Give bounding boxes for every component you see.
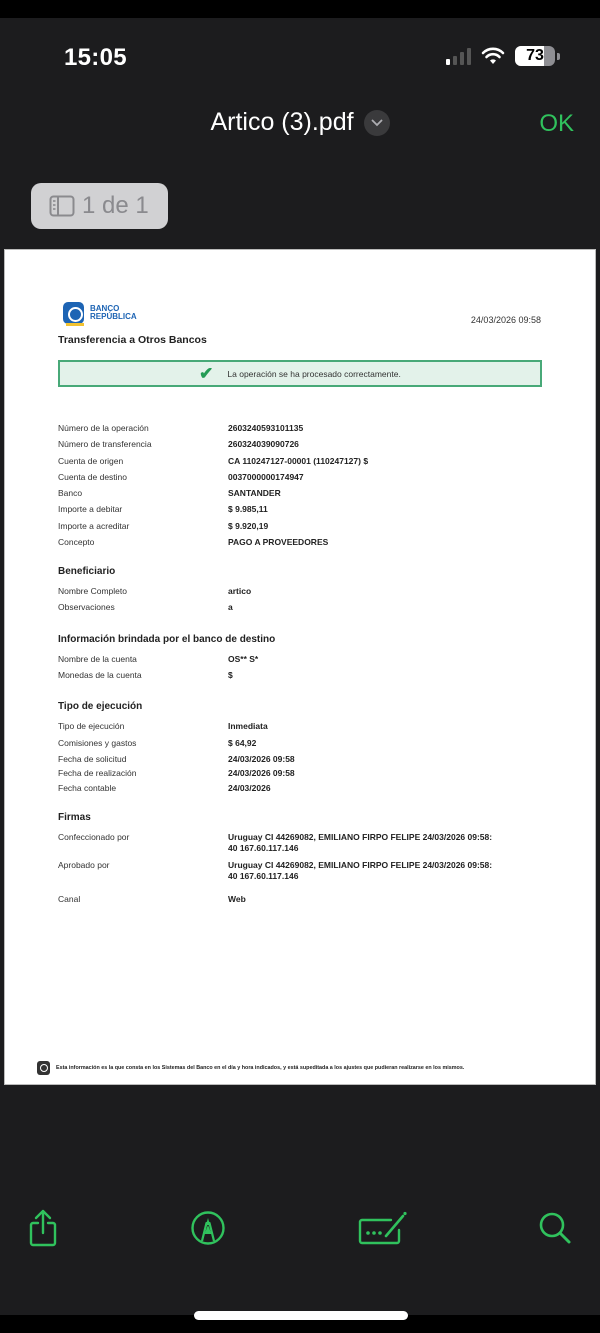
detail-value: 2603240593101135 [228, 423, 303, 434]
detail-label: Nombre Completo [58, 586, 228, 596]
detail-value: CA 110247127-00001 (110247127) $ [228, 456, 368, 467]
page-indicator-button[interactable]: 1 de 1 [31, 183, 168, 229]
detail-value: artico [228, 586, 251, 597]
success-banner: ✔ La operación se ha procesado correctam… [58, 360, 542, 387]
detail-value: $ 64,92 [228, 738, 256, 749]
document-title: Artico (3).pdf [210, 108, 353, 137]
sidebar-icon [49, 195, 75, 217]
bank-logo: BANCO REPÚBLICA [63, 302, 137, 324]
info-destino-section: Información brindada por el banco de des… [58, 634, 558, 687]
detail-row: CanalWeb [58, 894, 558, 910]
fill-and-sign-button[interactable] [358, 1208, 408, 1248]
section-heading: Información brindada por el banco de des… [58, 634, 558, 645]
section-heading: Beneficiario [58, 566, 558, 577]
battery-percent: 73 [526, 47, 544, 65]
detail-label: Fecha de realización [58, 768, 228, 778]
ejecucion-section: Tipo de ejecución Tipo de ejecuciónInmed… [58, 701, 558, 799]
status-icons: 73 [446, 46, 560, 66]
cellular-signal-icon [446, 48, 471, 65]
section-heading: Tipo de ejecución [58, 701, 558, 712]
detail-value: Uruguay CI 44269082, EMILIANO FIRPO FELI… [228, 860, 492, 882]
detail-row: Importe a debitar$ 9.985,11 [58, 504, 558, 520]
document-title-menu[interactable]: Artico (3).pdf [0, 108, 600, 137]
bank-name: BANCO REPÚBLICA [90, 305, 137, 321]
detail-value: SANTANDER [228, 488, 281, 499]
detail-value: PAGO A PROVEEDORES [228, 537, 328, 548]
detail-value: a [228, 602, 233, 613]
detail-row: Fecha de realización24/03/2026 09:58 [58, 768, 558, 783]
checkmark-icon: ✔ [199, 365, 213, 382]
detail-label: Cuenta de origen [58, 456, 228, 466]
ok-button[interactable]: OK [539, 110, 574, 138]
pdf-viewer-screen: 15:05 73 Artico (3).pdf OK [0, 18, 600, 1315]
signature-icon [358, 1210, 408, 1246]
detail-label: Nombre de la cuenta [58, 654, 228, 664]
detail-row: Fecha de solicitud24/03/2026 09:58 [58, 754, 558, 769]
detail-row: Número de la operación2603240593101135 [58, 423, 558, 439]
transfer-details: Número de la operación2603240593101135 N… [58, 423, 558, 553]
detail-value: 24/03/2026 09:58 [228, 754, 295, 765]
markup-button[interactable] [188, 1208, 228, 1248]
detail-value: Uruguay CI 44269082, EMILIANO FIRPO FELI… [228, 832, 492, 854]
footer-disclaimer: Esta información es la que consta en los… [37, 1061, 464, 1075]
detail-label: Cuenta de destino [58, 472, 228, 482]
detail-row: ConceptoPAGO A PROVEEDORES [58, 537, 558, 553]
chevron-down-icon[interactable] [364, 110, 390, 136]
detail-value: Inmediata [228, 721, 268, 732]
firmas-section: Firmas Confeccionado por Uruguay CI 4426… [58, 812, 558, 910]
share-icon [27, 1208, 59, 1248]
detail-label: Confeccionado por [58, 832, 228, 842]
detail-value: $ [228, 670, 233, 681]
detail-row: Nombre de la cuentaOS** S* [58, 654, 558, 670]
bank-name-line2: REPÚBLICA [90, 313, 137, 321]
search-icon [537, 1210, 573, 1246]
detail-label: Concepto [58, 537, 228, 547]
success-message: La operación se ha procesado correctamen… [227, 369, 400, 379]
detail-value: $ 9.985,11 [228, 504, 268, 515]
bank-logo-small-icon [37, 1061, 50, 1075]
status-time: 15:05 [64, 44, 127, 72]
detail-value: 24/03/2026 09:58 [228, 768, 295, 779]
detail-label: Número de la operación [58, 423, 228, 433]
document-date: 24/03/2026 09:58 [471, 315, 541, 325]
detail-row: Cuenta de origenCA 110247127-00001 (1102… [58, 456, 558, 472]
detail-value: 260324039090726 [228, 439, 299, 450]
detail-row: Comisiones y gastos$ 64,92 [58, 738, 558, 754]
section-heading: Firmas [58, 812, 558, 823]
detail-label: Fecha de solicitud [58, 754, 228, 764]
detail-row: Importe a acreditar$ 9.920,19 [58, 521, 558, 537]
signature-line2: 40 167.60.117.146 [228, 871, 298, 881]
signature-line1: Uruguay CI 44269082, EMILIANO FIRPO FELI… [228, 832, 492, 842]
detail-label: Aprobado por [58, 860, 228, 870]
page-indicator-label: 1 de 1 [82, 192, 149, 220]
signature-row: Aprobado por Uruguay CI 44269082, EMILIA… [58, 860, 558, 894]
detail-row: Monedas de la cuenta$ [58, 670, 558, 686]
detail-label: Banco [58, 488, 228, 498]
detail-label: Número de transferencia [58, 439, 228, 449]
detail-label: Canal [58, 894, 228, 904]
signature-line1: Uruguay CI 44269082, EMILIANO FIRPO FELI… [228, 860, 492, 870]
footer-disclaimer-text: Esta información es la que consta en los… [56, 1065, 464, 1071]
detail-row: Nombre Completoartico [58, 586, 558, 602]
detail-label: Monedas de la cuenta [58, 670, 228, 680]
detail-row: BancoSANTANDER [58, 488, 558, 504]
beneficiario-section: Beneficiario Nombre Completoartico Obser… [58, 566, 558, 619]
detail-label: Fecha contable [58, 783, 228, 793]
detail-label: Observaciones [58, 602, 228, 612]
detail-value: OS** S* [228, 654, 258, 665]
battery-icon: 73 [515, 46, 555, 66]
detail-label: Comisiones y gastos [58, 738, 228, 748]
detail-value: Web [228, 894, 246, 905]
signature-row: Confeccionado por Uruguay CI 44269082, E… [58, 832, 558, 860]
detail-row: Observacionesa [58, 602, 558, 618]
document-title-heading: Transferencia a Otros Bancos [58, 334, 207, 346]
battery-tip [557, 53, 560, 60]
pdf-page[interactable]: BANCO REPÚBLICA 24/03/2026 09:58 Transfe… [4, 249, 596, 1085]
bank-logo-icon [63, 302, 84, 324]
markup-pen-icon [190, 1210, 226, 1246]
detail-row: Tipo de ejecuciónInmediata [58, 721, 558, 738]
share-button[interactable] [23, 1208, 63, 1248]
detail-row: Cuenta de destino0037000000174947 [58, 472, 558, 488]
detail-label: Importe a acreditar [58, 521, 228, 531]
detail-row: Fecha contable24/03/2026 [58, 783, 558, 799]
signature-line2: 40 167.60.117.146 [228, 843, 298, 853]
detail-value: 24/03/2026 [228, 783, 271, 794]
detail-label: Importe a debitar [58, 504, 228, 514]
home-indicator[interactable] [194, 1311, 408, 1320]
detail-value: 0037000000174947 [228, 472, 304, 483]
search-button[interactable] [535, 1208, 575, 1248]
detail-label: Tipo de ejecución [58, 721, 228, 731]
detail-value: $ 9.920,19 [228, 521, 268, 532]
detail-row: Número de transferencia260324039090726 [58, 439, 558, 455]
wifi-icon [481, 47, 505, 65]
